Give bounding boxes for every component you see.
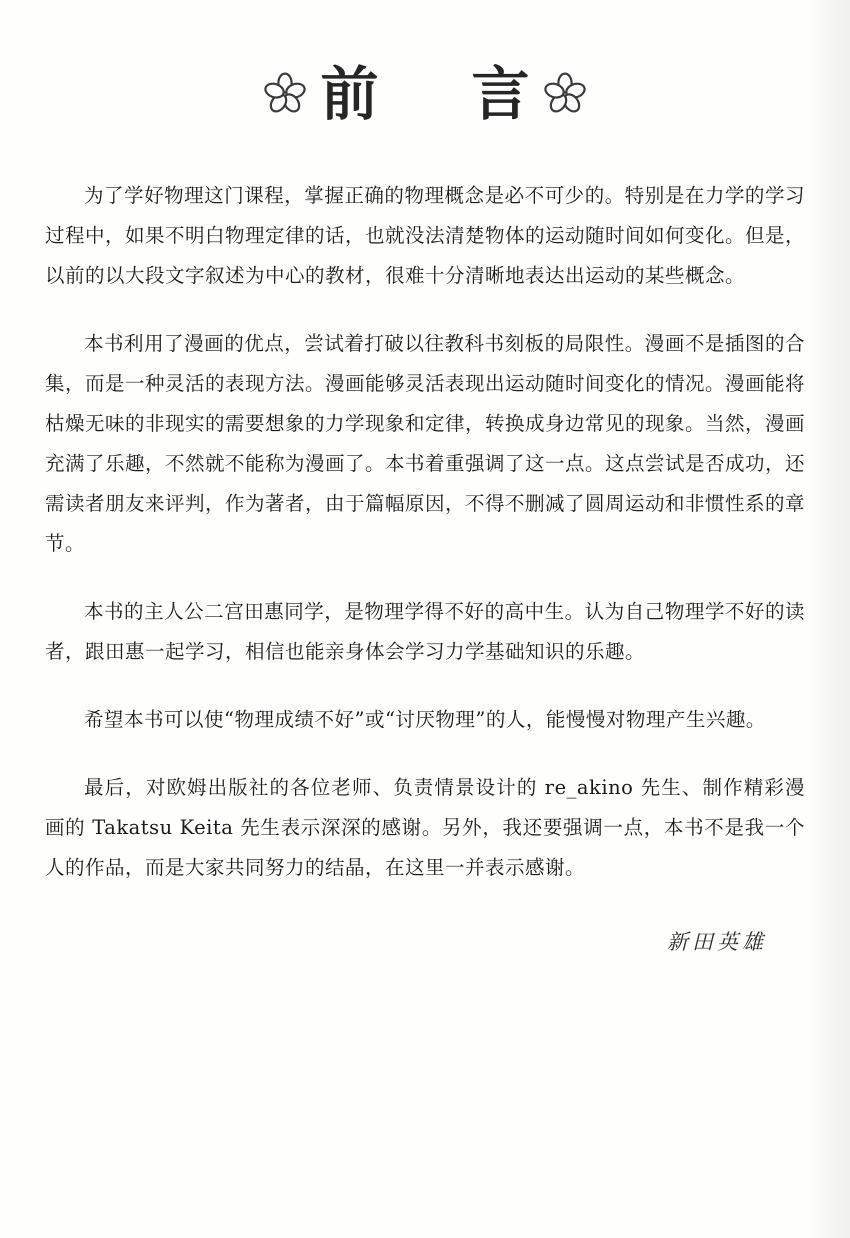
preface-body: 为了学好物理这门课程，掌握正确的物理概念是必不可少的。特别是在力学的学习过程中，… (45, 176, 805, 888)
paragraph-2: 本书利用了漫画的优点，尝试着打破以往教科书刻板的局限性。漫画不是插图的合集，而是… (45, 324, 805, 564)
paragraph-1: 为了学好物理这门课程，掌握正确的物理概念是必不可少的。特别是在力学的学习过程中，… (45, 176, 805, 296)
title-char-qian: 前 (320, 65, 378, 123)
florette-icon-left (263, 72, 307, 116)
paragraph-5: 最后，对欧姆出版社的各位老师、负责情景设计的 re_akino 先生、制作精彩漫… (45, 768, 805, 888)
paragraph-3: 本书的主人公二宫田惠同学，是物理学得不好的高中生。认为自己物理学不好的读者，跟田… (45, 592, 805, 672)
author-signature: 新田英雄 (45, 926, 805, 956)
title-char-yan: 言 (472, 65, 530, 123)
scan-page-edge (808, 0, 850, 1238)
book-preface-page: 前 言 为了学好物理这门课程，掌握正确的物理概念是必不可少的。特别是在力学的学习… (0, 0, 850, 1238)
page-title: 前 言 (45, 58, 805, 130)
florette-icon-right (543, 72, 587, 116)
paragraph-4: 希望本书可以使“物理成绩不好”或“讨厌物理”的人，能慢慢对物理产生兴趣。 (45, 700, 805, 740)
